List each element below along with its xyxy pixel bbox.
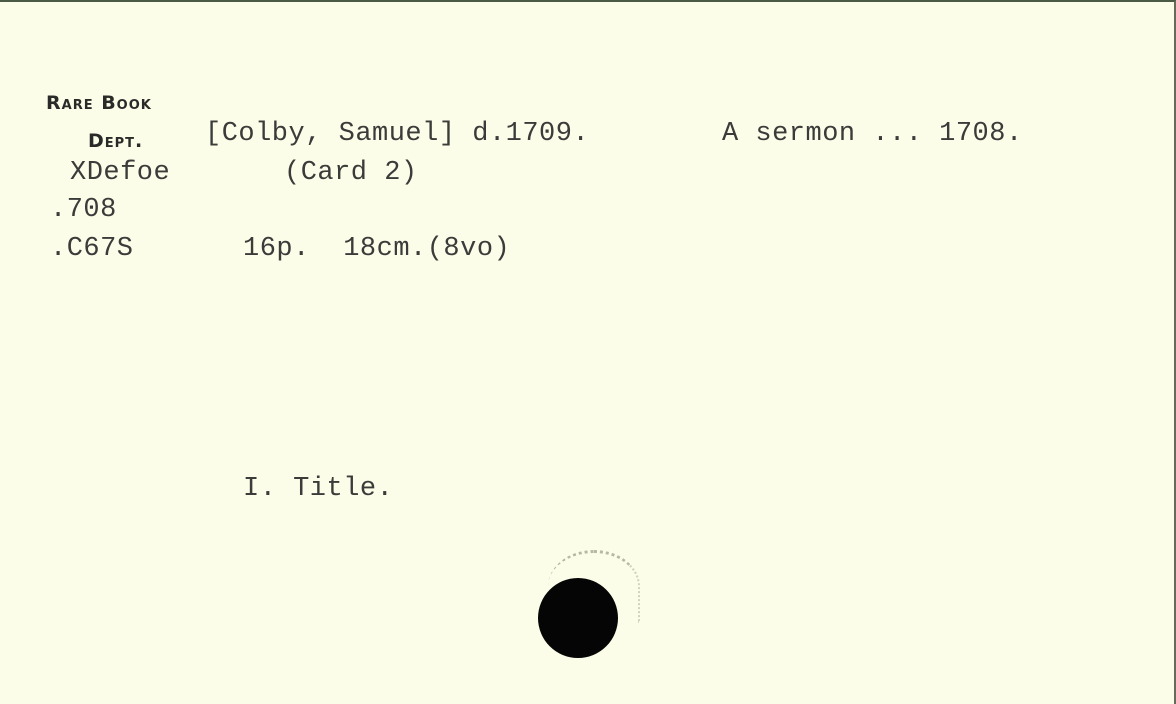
call-number-line-1: XDefoe	[70, 158, 170, 188]
rare-book-stamp-line1: Rare Book	[46, 92, 152, 114]
catalog-card: Rare Book Dept. [Colby, Samuel] d.1709. …	[0, 0, 1176, 704]
rare-book-stamp-line2: Dept.	[88, 130, 143, 152]
call-number-line-3: .C67S	[50, 234, 134, 264]
collation: 16p. 18cm.(8vo)	[243, 234, 510, 264]
call-number-line-2: .708	[50, 195, 117, 225]
punch-hole	[538, 578, 618, 658]
title-statement: A sermon ... 1708.	[722, 119, 1023, 149]
tracing: I. Title.	[243, 474, 393, 504]
card-number: (Card 2)	[284, 158, 418, 188]
author-heading: [Colby, Samuel] d.1709.	[205, 119, 589, 149]
